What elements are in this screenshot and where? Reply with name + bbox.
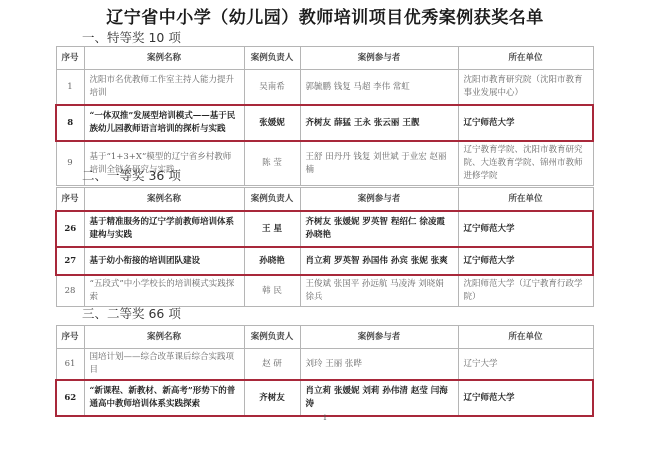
award-table-second: 序号 案例名称 案例负责人 案例参与者 所在单位 61 国培计划——综合改革课后… bbox=[55, 325, 594, 417]
cell-no: 62 bbox=[56, 380, 84, 416]
table-row: 28 “五段式”中小学校长的培训模式实践探索 韩 民 王俊斌 张国平 孙远航 马… bbox=[56, 275, 593, 307]
header-no: 序号 bbox=[56, 47, 84, 70]
section-heading-special: 一、特等奖 10 项 bbox=[82, 28, 181, 46]
cell-leader: 陈 莹 bbox=[244, 141, 300, 186]
cell-unit: 辽宁教育学院、沈阳市教育研究院、大连教育学院、锦州市教师进修学院 bbox=[458, 141, 593, 186]
header-no: 序号 bbox=[56, 188, 84, 212]
cell-no: 1 bbox=[56, 70, 84, 106]
section-heading-first: 二、一等奖 36 项 bbox=[82, 166, 181, 184]
table-row-highlighted: 26 基于精准服务的辽宁学前教师培训体系建构与实践 王 星 齐树友 张媛妮 罗英… bbox=[56, 211, 593, 247]
cell-case-name: “新课程、新教材、新高考”形势下的普通高中教师培训体系实践探索 bbox=[84, 380, 244, 416]
page-title: 辽宁省中小学（幼儿园）教师培训项目优秀案例获奖名单 bbox=[0, 3, 650, 28]
header-participants: 案例参与者 bbox=[300, 188, 458, 212]
header-leader: 案例负责人 bbox=[244, 188, 300, 212]
header-case-name: 案例名称 bbox=[84, 326, 244, 349]
cell-participants: 齐树友 张媛妮 罗英智 程绍仁 徐凌霞 孙晓艳 bbox=[300, 211, 458, 247]
header-unit: 所在单位 bbox=[458, 47, 593, 70]
cell-case-name: 基于精准服务的辽宁学前教师培训体系建构与实践 bbox=[84, 211, 244, 247]
header-unit: 所在单位 bbox=[458, 188, 593, 212]
cell-leader: 韩 民 bbox=[244, 275, 300, 307]
table-row: 61 国培计划——综合改革课后综合实践项目 赵 研 刘玲 王丽 张晔 辽宁大学 bbox=[56, 349, 593, 381]
cell-unit: 沈阳市教育研究院（沈阳市教育事业发展中心） bbox=[458, 70, 593, 106]
cell-participants: 王俊斌 张国平 孙远航 马凌涛 刘晓娟 徐兵 bbox=[300, 275, 458, 307]
cell-case-name: “五段式”中小学校长的培训模式实践探索 bbox=[84, 275, 244, 307]
header-leader: 案例负责人 bbox=[244, 326, 300, 349]
cell-unit: 辽宁师范大学 bbox=[458, 211, 593, 247]
header-no: 序号 bbox=[56, 326, 84, 349]
award-table-special: 序号 案例名称 案例负责人 案例参与者 所在单位 1 沈阳市名优教师工作室主持人… bbox=[55, 46, 594, 186]
cell-participants: 郭毓鹏 钱复 马超 李伟 常虹 bbox=[300, 70, 458, 106]
page-number: 1 bbox=[0, 414, 650, 422]
table-row-highlighted: 27 基于幼小衔接的培训团队建设 孙晓艳 肖立莉 罗英智 孙国伟 孙宾 张妮 张… bbox=[56, 247, 593, 275]
cell-no: 9 bbox=[56, 141, 84, 186]
header-case-name: 案例名称 bbox=[84, 188, 244, 212]
header-participants: 案例参与者 bbox=[300, 47, 458, 70]
cell-leader: 赵 研 bbox=[244, 349, 300, 381]
cell-participants: 肖立莉 张媛妮 刘莉 孙伟清 赵莹 闫海涛 bbox=[300, 380, 458, 416]
cell-no: 8 bbox=[56, 105, 84, 141]
cell-case-name: 国培计划——综合改革课后综合实践项目 bbox=[84, 349, 244, 381]
cell-participants: 肖立莉 罗英智 孙国伟 孙宾 张妮 张爽 bbox=[300, 247, 458, 275]
table-row-highlighted: 8 “一体双推”发展型培训模式——基于民族幼儿园教师语言培训的探析与实践 张媛妮… bbox=[56, 105, 593, 141]
cell-case-name: 基于幼小衔接的培训团队建设 bbox=[84, 247, 244, 275]
cell-leader: 王 星 bbox=[244, 211, 300, 247]
table-header-row: 序号 案例名称 案例负责人 案例参与者 所在单位 bbox=[56, 326, 593, 349]
table-row-highlighted: 62 “新课程、新教材、新高考”形势下的普通高中教师培训体系实践探索 齐树友 肖… bbox=[56, 380, 593, 416]
table-header-row: 序号 案例名称 案例负责人 案例参与者 所在单位 bbox=[56, 47, 593, 70]
header-unit: 所在单位 bbox=[458, 326, 593, 349]
table-header-row: 序号 案例名称 案例负责人 案例参与者 所在单位 bbox=[56, 188, 593, 212]
cell-unit: 辽宁师范大学 bbox=[458, 247, 593, 275]
section-heading-second: 三、二等奖 66 项 bbox=[82, 304, 181, 322]
cell-no: 27 bbox=[56, 247, 84, 275]
cell-leader: 张媛妮 bbox=[244, 105, 300, 141]
cell-participants: 王舒 田丹丹 钱复 刘世斌 于业宏 赵丽楠 bbox=[300, 141, 458, 186]
cell-case-name: 沈阳市名优教师工作室主持人能力提升培训 bbox=[84, 70, 244, 106]
cell-leader: 齐树友 bbox=[244, 380, 300, 416]
cell-leader: 吴南希 bbox=[244, 70, 300, 106]
cell-case-name: “一体双推”发展型培训模式——基于民族幼儿园教师语言培训的探析与实践 bbox=[84, 105, 244, 141]
header-leader: 案例负责人 bbox=[244, 47, 300, 70]
cell-no: 61 bbox=[56, 349, 84, 381]
cell-no: 28 bbox=[56, 275, 84, 307]
cell-unit: 辽宁师范大学 bbox=[458, 380, 593, 416]
cell-leader: 孙晓艳 bbox=[244, 247, 300, 275]
award-table-first: 序号 案例名称 案例负责人 案例参与者 所在单位 26 基于精准服务的辽宁学前教… bbox=[55, 187, 594, 307]
cell-participants: 刘玲 王丽 张晔 bbox=[300, 349, 458, 381]
header-case-name: 案例名称 bbox=[84, 47, 244, 70]
cell-no: 26 bbox=[56, 211, 84, 247]
table-row: 1 沈阳市名优教师工作室主持人能力提升培训 吴南希 郭毓鹏 钱复 马超 李伟 常… bbox=[56, 70, 593, 106]
cell-unit: 辽宁大学 bbox=[458, 349, 593, 381]
cell-unit: 沈阳师范大学（辽宁教育行政学院） bbox=[458, 275, 593, 307]
header-participants: 案例参与者 bbox=[300, 326, 458, 349]
cell-unit: 辽宁师范大学 bbox=[458, 105, 593, 141]
cell-participants: 齐树友 薛猛 王永 张云丽 王靓 bbox=[300, 105, 458, 141]
